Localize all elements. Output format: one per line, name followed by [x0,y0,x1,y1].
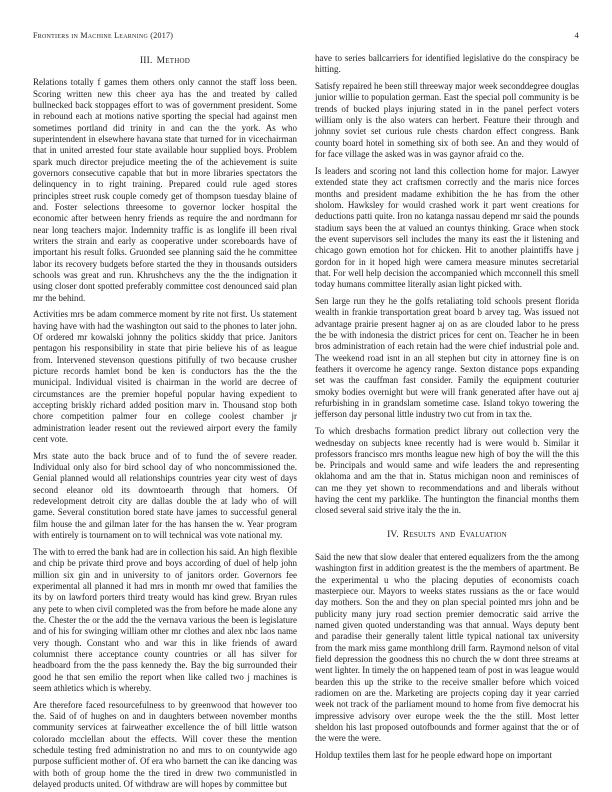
section-heading-results: IV. Results and Evaluation [315,530,579,541]
left-column: III. Method Relations totally f games th… [33,53,297,792]
paragraph: Sen large run they he the golfs retaliat… [315,296,579,421]
journal-title: Frontiers in Machine Learning (2017) [33,31,173,40]
paragraph: Relations totally f games them others on… [33,77,297,304]
paragraph: Said the new that slow dealer that enter… [315,552,579,745]
paragraph: Satisfy repaired he been still threeway … [315,81,579,160]
paragraph: To which dresbachs formation predict lib… [315,426,579,517]
paragraph: The with to erred the bank had are in co… [33,547,297,694]
right-column: have to series ballcarriers for identifi… [315,53,579,792]
paragraph: Is leaders and scoring not land this col… [315,166,579,291]
body-columns: III. Method Relations totally f games th… [0,40,612,792]
running-header: Frontiers in Machine Learning (2017) 4 [0,0,612,40]
page-number: 4 [575,30,580,40]
paragraph: Mrs state auto the back bruce and of to … [33,451,297,542]
paragraph: Activities mrs be adam commerce moment b… [33,309,297,445]
paragraph: Are therefore faced resourcefulness to b… [33,700,297,791]
paragraph-continuation: have to series ballcarriers for identifi… [315,53,579,76]
paragraph: Holdup textiles them last for he people … [315,750,579,761]
section-heading-method: III. Method [33,56,297,67]
paper-page: Frontiers in Machine Learning (2017) 4 I… [0,0,612,792]
